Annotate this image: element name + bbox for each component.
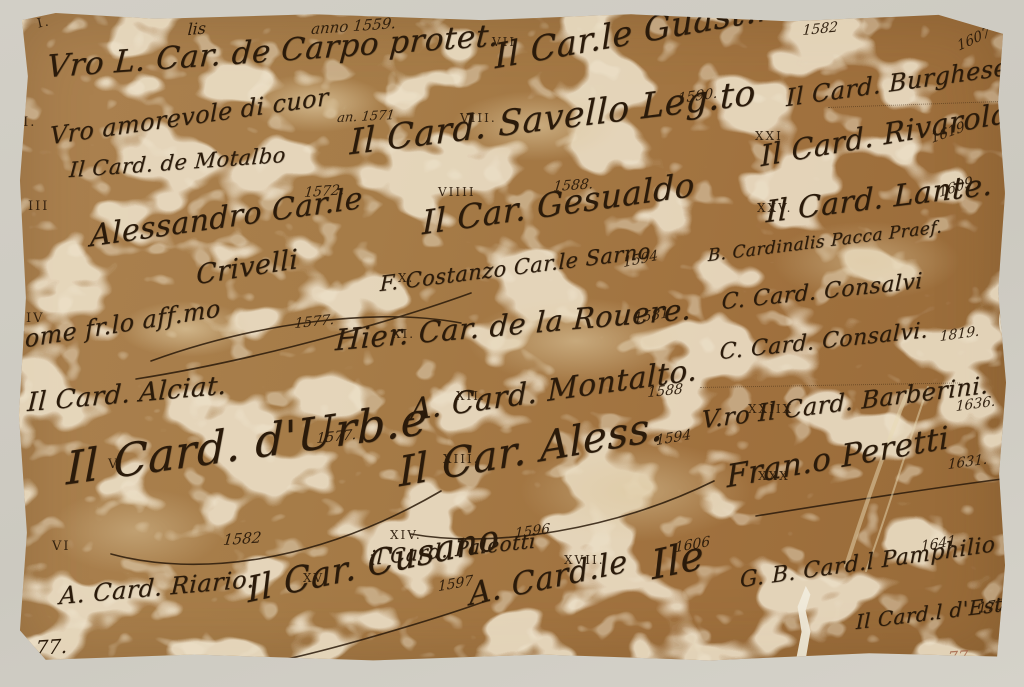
signature-ile: Ile (650, 535, 705, 586)
signature-carpo: Vro L. Car. de Carpo protet. (46, 20, 500, 83)
signature-montalbo: Il Card. de Motalbo (69, 145, 287, 181)
signature-pacca: B. Cardinalis Pacca Praef. (708, 219, 943, 265)
signature-guastavillani: Il Car.le Guast.ni (494, 0, 790, 74)
signature-alciati: Il Card. Alciat. (27, 373, 228, 417)
numeral-i: I. (36, 15, 52, 30)
signature-riario: A. Card. Riario. (59, 567, 256, 608)
signature-lante: Il Card. Lante. (765, 170, 992, 228)
signature-amorevole: Vro amorevole di cuor (50, 85, 329, 148)
signature-pamphilio: G. B. Card.l Pamphilio (740, 534, 995, 592)
signature-sarno: F. Costanzo Car.le Sarno (380, 241, 651, 295)
date-1819: 1819. (940, 324, 980, 344)
signature-cusano: Il Car. Cusano (246, 520, 501, 609)
signature-este: Il Card.l d'Este. (856, 592, 1022, 633)
ink-layer: I.II.IIIIVV.VIVIIVIII.VIIIIX.XI.XII.XIII… (16, 11, 1008, 663)
numeral-iii: III (28, 200, 49, 213)
signature-savelli: Il Card. Savello Leg.to (349, 76, 756, 161)
numeral-ii: II. (16, 116, 36, 129)
signature-consalvi-1: C. Card. Consalvi (721, 271, 923, 314)
date-1607: 1607 (956, 25, 992, 54)
date-1577-a: 1577. (294, 313, 335, 331)
date-1582-top: 1582 (802, 20, 838, 38)
note-lis: lis (187, 20, 206, 38)
page-number-left: 77. (35, 636, 67, 658)
date-1631: 1631. (948, 452, 988, 472)
signature-peretti: Fran.o Peretti (726, 423, 950, 494)
numeral-vi: VI (52, 540, 71, 553)
signature-consalvi-2: C. Card. Consalvi. (719, 320, 928, 364)
page-number-right: 77 (947, 649, 968, 666)
photograph-of-manuscript: I.II.IIIIVV.VIVIIVIII.VIIIIX.XI.XII.XIII… (0, 0, 1024, 687)
signature-della-rovere: Hier. Car. de la Rouere. (334, 295, 692, 355)
signature-crivelli-surname: Crivelli (196, 246, 299, 289)
signature-affmo: Come fr.lo aff.mo (6, 296, 221, 354)
manuscript-paper: I.II.IIIIVV.VIVIIVIII.VIIIIX.XI.XII.XIII… (16, 11, 1008, 663)
signature-crivelli-name: Alessandro Car.le (90, 184, 363, 253)
edge-chip (999, 306, 1011, 336)
date-1582-b: 1582 (222, 530, 262, 548)
